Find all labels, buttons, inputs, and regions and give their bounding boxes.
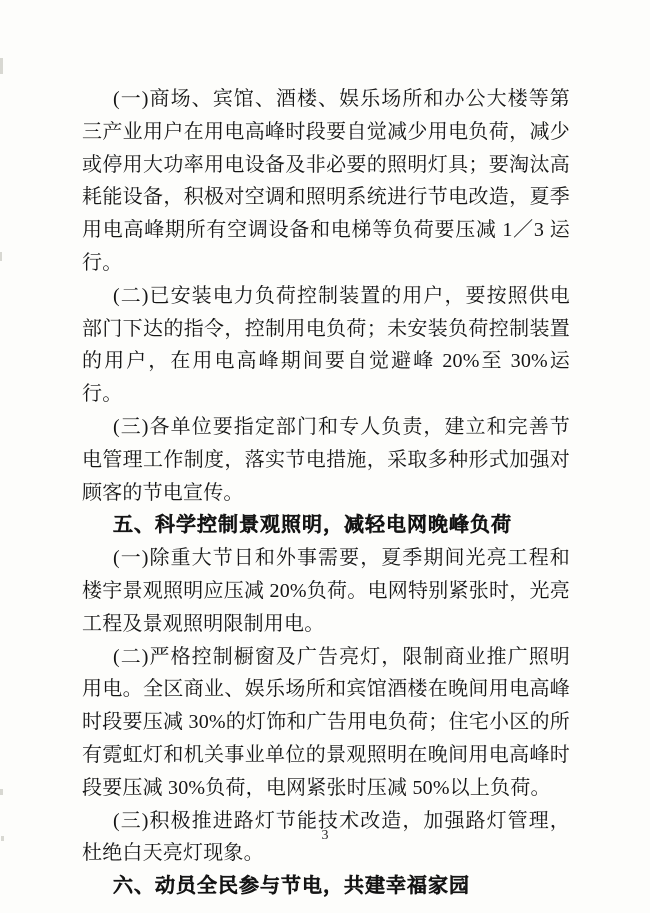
- paragraph-section4-item3: (三)各单位要指定部门和专人负责，建立和完善节电管理工作制度，落实节电措施，采取…: [82, 411, 570, 509]
- section-heading-6: 六、动员全民参与节电，共建幸福家园: [82, 870, 570, 903]
- paragraph-section5-item2: (二)严格控制橱窗及广告亮灯，限制商业推广照明用电。全区商业、娱乐场所和宾馆酒楼…: [82, 641, 570, 805]
- paragraph-section5-item1: (一)除重大节日和外事需要，夏季期间光亮工程和楼宇景观照明应压减 20%负荷。电…: [82, 542, 570, 640]
- page-number: 3: [0, 827, 650, 845]
- document-text-block: (一)商场、宾馆、酒楼、娱乐场所和办公大楼等第三产业用户在用电高峰时段要自觉减少…: [82, 83, 570, 903]
- paragraph-section4-item1: (一)商场、宾馆、酒楼、娱乐场所和办公大楼等第三产业用户在用电高峰时段要自觉减少…: [82, 83, 570, 280]
- document-page: (一)商场、宾馆、酒楼、娱乐场所和办公大楼等第三产业用户在用电高峰时段要自觉减少…: [0, 0, 650, 913]
- section-heading-5: 五、科学控制景观照明，减轻电网晚峰负荷: [82, 509, 570, 542]
- scan-artifact: [0, 58, 3, 74]
- paragraph-section4-item2: (二)已安装电力负荷控制装置的用户，要按照供电部门下达的指令，控制用电负荷；未安…: [82, 280, 570, 411]
- scan-artifact: [0, 252, 2, 261]
- scan-artifact: [0, 789, 3, 795]
